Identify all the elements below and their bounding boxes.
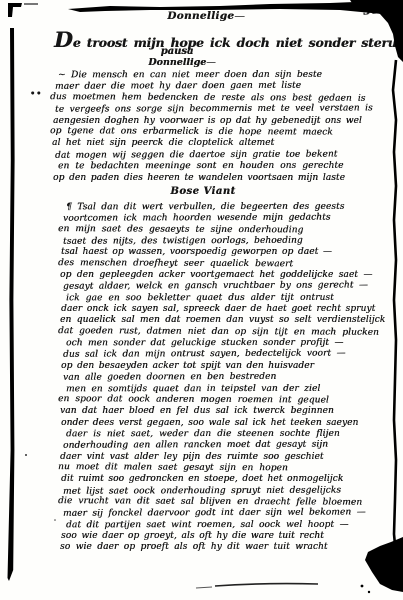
scan-bar-left (8, 28, 15, 581)
margin-mark: •• (30, 88, 42, 98)
manuscript-line: van alle goeden doornen en ben bestreden (63, 371, 403, 384)
scan-smudge-bottom (215, 584, 318, 586)
manuscript-line: daer onck ick sayen sal, spreeck daer de… (61, 304, 403, 315)
scan-dash-top-left (24, 3, 38, 5)
manuscript-line: so wie daer op proeft als oft hy dit wae… (60, 542, 403, 553)
manuscript-line: soo wie daer op groeyt, als oft hy die w… (61, 531, 403, 542)
speaker-heading-1-text: Donnellige (148, 57, 213, 68)
manuscript-line: men en somtijds quaet dan in teipstel va… (66, 383, 403, 395)
manuscript-line: van dat haer bloed en fel dus sal ick tw… (60, 406, 403, 417)
manuscript-line: tsaet des nijts, des twistigen oorlogs, … (63, 235, 403, 248)
manuscript-page: 39 Donnellige De troost mijn hope ick do… (0, 0, 403, 600)
manuscript-line: des menschen droefheyt seer quaelick bew… (58, 258, 403, 271)
manuscript-line: onder dees verst gegaen, soo wale sal ic… (61, 418, 403, 429)
running-title-text: Donnellige (167, 10, 243, 22)
manuscript-line: op den besaeyden acker tot spijt van den… (61, 361, 403, 372)
running-title: Donnellige (0, 10, 403, 22)
manuscript-line: al het niet sijn peerck die cloptelick a… (52, 138, 397, 149)
manuscript-line: te vergeefs ons sorge sijn becommernis m… (55, 103, 400, 116)
manuscript-line: op tgene dat ons erbarmelick is die hope… (50, 126, 395, 139)
manuscript-line: dus sal ick dan mijn ontrust sayen, bede… (63, 349, 403, 362)
manuscript-line: tsal haest op wassen, voorspoedig geworp… (61, 247, 403, 258)
manuscript-line: dat dit partijen saet wint roemen, sal o… (66, 519, 403, 531)
manuscript-line: onderhouding aen allen rancken moet dat … (63, 439, 403, 452)
speech-paragraph-2: ¶ Tsal dan dit wert verbullen, die begee… (60, 202, 403, 554)
manuscript-line: op den paden dies heeren te wandelen voo… (53, 173, 398, 184)
manuscript-line: dit ruimt soo gedroncken en stoepe, doet… (61, 474, 403, 485)
manuscript-line: maer sij fonckel daervoor godt int daer … (63, 508, 403, 521)
manuscript-line: en te bedachten meeninge sont en houden … (58, 161, 403, 173)
scan-speck (368, 591, 370, 593)
speaker-heading-2: Bose Viant (0, 186, 403, 197)
speaker-heading-1: Donnellige (0, 57, 362, 68)
manuscript-line: daer vint vast alder ley pijn des ruimte… (60, 452, 403, 463)
manuscript-line: en spoor dat oock anderen mogen roemen i… (58, 394, 403, 407)
speech-paragraph-1: ~ Die mensch en can niet meer doen dan s… (52, 70, 397, 184)
scan-speck (54, 519, 56, 521)
scan-speck (361, 585, 364, 588)
stage-direction-pausa: pausa (0, 46, 354, 57)
manuscript-line: en quaelick sal men dat roemen dan vuyst… (60, 315, 403, 326)
manuscript-line: aengesien doghen hy voorwaer is op dat h… (53, 116, 398, 127)
manuscript-line: gesayt aldaer, welck en gansch vruchtbae… (63, 281, 403, 294)
scan-speck (25, 454, 27, 456)
scan-smudge-bottom-2 (196, 587, 212, 588)
manuscript-line: nu moet dit malen saet gesayt sijn en ho… (58, 462, 403, 475)
manuscript-line: ick gae en soo bekletter quaet dus alder… (66, 292, 403, 304)
